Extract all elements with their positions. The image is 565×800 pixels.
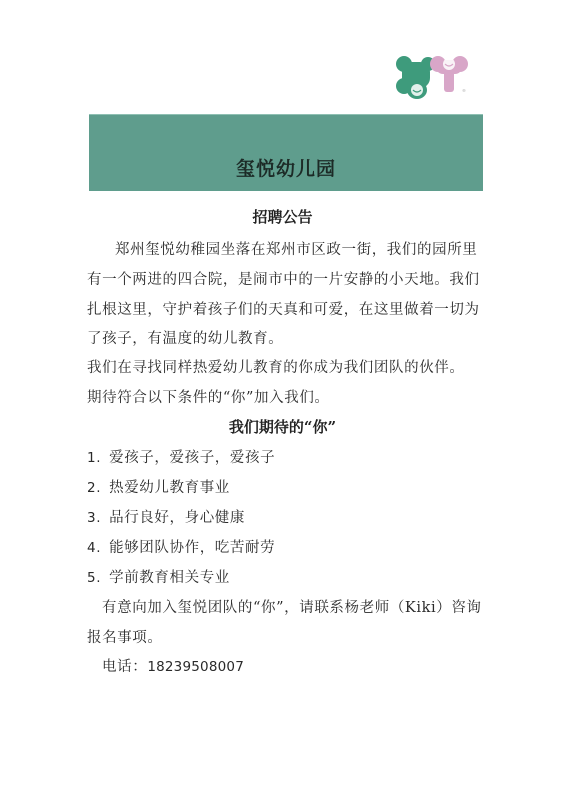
intro-line: 有一个两进的四合院，是闹市中的一片安静的小天地。我们 bbox=[87, 268, 480, 289]
list-number: 5. bbox=[87, 570, 101, 586]
phone-label: 电话： bbox=[102, 659, 147, 675]
list-number: 2. bbox=[87, 480, 101, 496]
requirement-text: 学前教育相关专业 bbox=[109, 570, 230, 586]
contact-line: 有意向加入玺悦团队的“你”，请联系杨老师（Kiki）咨询 bbox=[102, 596, 482, 617]
requirement-text: 热爱幼儿教育事业 bbox=[109, 480, 230, 496]
kindergarten-logo: ® bbox=[392, 50, 472, 100]
requirement-item: 2.热爱幼儿教育事业 bbox=[87, 476, 230, 497]
kindergarten-name: 玺悦幼儿园 bbox=[89, 154, 483, 181]
xy-logo-icon: ® bbox=[392, 50, 472, 100]
intro-line: 郑州玺悦幼稚园坐落在郑州市区政一街，我们的园所里 bbox=[115, 238, 477, 259]
requirement-text: 爱孩子，爱孩子，爱孩子 bbox=[109, 450, 275, 466]
list-number: 4. bbox=[87, 540, 101, 556]
notice-title: 招聘公告 bbox=[0, 206, 565, 227]
requirement-text: 品行良好，身心健康 bbox=[109, 510, 245, 526]
phone-number: 18239508007 bbox=[147, 659, 244, 675]
requirement-item: 5.学前教育相关专业 bbox=[87, 566, 230, 587]
intro-line: 了孩子，有温度的幼儿教育。 bbox=[87, 327, 283, 348]
intro-line: 期待符合以下条件的“你”加入我们。 bbox=[87, 386, 330, 407]
requirement-text: 能够团队协作，吃苦耐劳 bbox=[109, 540, 275, 556]
requirement-item: 1.爱孩子，爱孩子，爱孩子 bbox=[87, 446, 275, 467]
requirement-item: 3.品行良好，身心健康 bbox=[87, 506, 245, 527]
intro-line: 我们在寻找同样热爱幼儿教育的你成为我们团队的伙伴。 bbox=[87, 356, 465, 377]
contact-line: 报名事项。 bbox=[87, 626, 163, 647]
expect-title: 我们期待的“你” bbox=[0, 416, 565, 437]
intro-line: 扎根这里，守护着孩子们的天真和可爱，在这里做着一切为 bbox=[87, 298, 480, 319]
requirement-item: 4.能够团队协作，吃苦耐劳 bbox=[87, 536, 275, 557]
header-banner: 玺悦幼儿园 bbox=[89, 114, 483, 191]
svg-text:®: ® bbox=[462, 88, 466, 93]
phone-line: 电话：18239508007 bbox=[102, 655, 244, 676]
list-number: 1. bbox=[87, 450, 101, 466]
list-number: 3. bbox=[87, 510, 101, 526]
